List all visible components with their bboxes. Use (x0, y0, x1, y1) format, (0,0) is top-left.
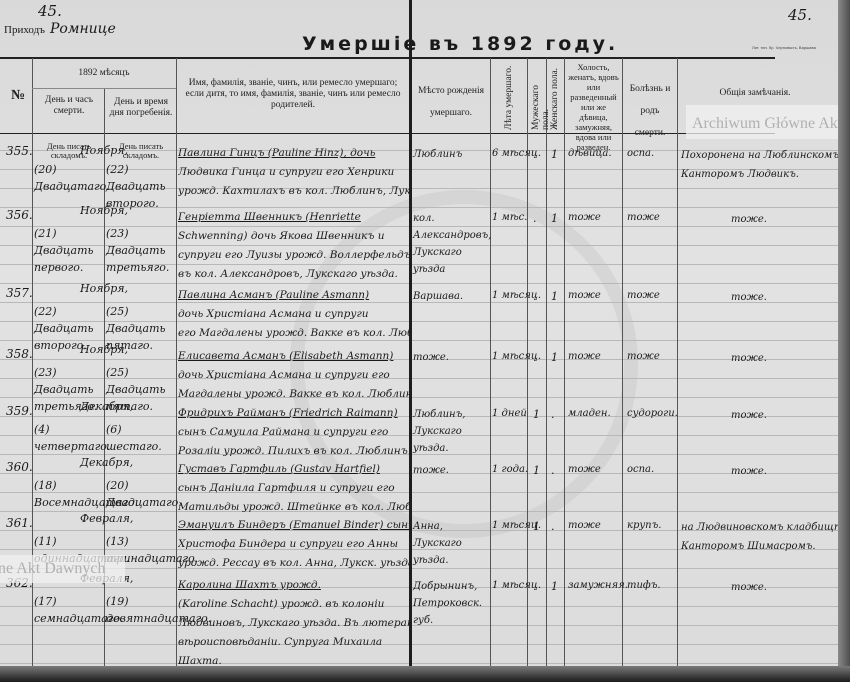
record-birthplace: тоже. (413, 349, 491, 366)
record-month: Ноября, (80, 343, 128, 356)
record-death-day: (17) семнадцатаго. (34, 593, 104, 627)
record-name: Густавъ Гартфиль (Gustav Hartfiel)сынъ Д… (178, 460, 410, 517)
parish-line: Приходъ Ромнице (4, 18, 116, 37)
record-burial-day: (6) шестаго. (106, 421, 176, 455)
record-remarks: тоже. (681, 288, 836, 307)
record-birthplace: тоже. (413, 462, 491, 479)
name-detail-line: Schwenning) дочь Якова Швенникъ и (178, 227, 410, 246)
record-marital-status: младен. (568, 408, 611, 419)
watermark-top-right: Archiwum Główne Ak (692, 115, 838, 133)
record-birthplace: Анна, Лукскаго уѣзда. (413, 518, 491, 569)
record-marital-status: замужняя. (568, 580, 628, 591)
record-female: 1 (551, 290, 558, 303)
name-detail-line: Христофа Биндера и супруги его Анны (178, 535, 410, 554)
record-burial-day: (20) Двадцатаго. (106, 477, 176, 511)
name-detail-line: дочь Христіана Асмана и супруги (178, 305, 410, 324)
record-month: Ноября, (80, 144, 128, 157)
record-male: 1 (533, 520, 540, 533)
name-detail-line: его Магдалены урожд. Вакке въ кол. Любли… (178, 324, 410, 343)
record-number: 355. (6, 144, 33, 158)
name-detail-line: сынъ Самуила Раймана и супруги его (178, 423, 410, 442)
record-number: 360. (6, 460, 33, 474)
record-cause-of-death: судороги. (627, 408, 678, 419)
record-male: . (533, 148, 537, 161)
name-detail-line: Матильды урожд. Штейнке въ кол. Люблинъ. (178, 498, 410, 517)
watermark-bottom-left: ne Akt Dawnych (0, 560, 106, 578)
remarks-line: тоже. (681, 288, 836, 307)
record-remarks: тоже. (681, 462, 836, 481)
record-remarks: Похоронена на Люблинскомъ кладбищѣКантор… (681, 146, 836, 184)
col-header-name: Имя, фамилія, званіе, чинъ, или ремесло … (180, 78, 406, 111)
col-header-number: № (4, 90, 32, 101)
page-title: Умершіе въ 1892 году. (302, 33, 618, 55)
record-birthplace: Варшава. (413, 288, 491, 305)
name-detail-line: (Karoline Schacht) урожд. въ колоніи (178, 595, 410, 614)
remarks-line: Канторомъ Людвикъ. (681, 165, 836, 184)
col-header-marital: Холость, женатъ, вдовъ или разведенный и… (566, 62, 621, 152)
name-detail-line: Шахта. (178, 652, 410, 666)
page-number-right: 45. (788, 6, 812, 24)
record-cause-of-death: крупъ. (627, 520, 661, 531)
remarks-line: тоже. (681, 210, 836, 229)
record-number: 356. (6, 208, 33, 222)
record-month: Ноября, (80, 282, 128, 295)
remarks-line: тоже. (681, 462, 836, 481)
deceased-name: Каролина Шахтъ урожд. (178, 576, 410, 595)
deceased-name: Эмануилъ Биндеръ (Emanuel Binder) сынъ (178, 516, 410, 535)
register-page: 45. Приходъ Ромнице Умершіе въ 1892 году… (0, 0, 840, 666)
remarks-line: тоже. (681, 406, 836, 425)
deceased-name: Генріетта Швенникъ (Henriette (178, 208, 410, 227)
record-birthplace: Люблинъ (413, 146, 491, 163)
record-name: Елисавета Асманъ (Elisabeth Asmann)дочь … (178, 347, 410, 404)
col-header-cause: Болѣзнь и родъ смерти. (624, 78, 676, 144)
record-marital-status: тоже (568, 212, 601, 223)
record-remarks: тоже. (681, 406, 836, 425)
record-birthplace: Люблинъ, Лукскаго уѣзда. (413, 406, 491, 457)
name-detail-line: въ кол. Александровъ, Лукскаго уѣзда. (178, 265, 410, 284)
record-name: Эмануилъ Биндеръ (Emanuel Binder) сынъХр… (178, 516, 410, 573)
record-name: Генріетта Швенникъ (HenrietteSchwenning)… (178, 208, 410, 284)
record-name: Каролина Шахтъ урожд.(Karoline Schacht) … (178, 576, 410, 666)
record-marital-status: тоже (568, 520, 601, 531)
record-female: 1 (551, 148, 558, 161)
record-male: . (533, 290, 537, 303)
title-year: 1892 (471, 33, 536, 55)
record-age: 1 мѣс. (492, 212, 527, 223)
record-name: Павлина Асманъ (Pauline Asmann)дочь Хрис… (178, 286, 410, 343)
record-marital-status: тоже (568, 290, 601, 301)
col-divider (546, 58, 547, 666)
col-header-age: Лѣта умершаго. (504, 64, 514, 130)
frame-shadow-bottom (0, 666, 850, 674)
record-burial-day: (19) девятнадцатаго. (106, 593, 176, 627)
parish-name: Ромнице (50, 21, 116, 37)
record-name: Павлина Гинцъ (Pauline Hinz), дочьЛюдвик… (178, 144, 410, 201)
deceased-name: Елисавета Асманъ (Elisabeth Asmann) (178, 347, 410, 366)
record-cause-of-death: тоже (627, 351, 660, 362)
col-header-birthplace: Мѣсто рожденія умершаго. (414, 80, 488, 124)
title-prefix: Умершіе въ (302, 33, 461, 55)
record-cause-of-death: оспа. (627, 148, 654, 159)
record-female: 1 (551, 351, 558, 364)
remarks-line: тоже. (681, 349, 836, 368)
col-divider (176, 58, 177, 666)
name-detail-line: дочь Христіана Асмана и супруги его (178, 366, 410, 385)
col-divider (622, 58, 623, 666)
record-death-day: (21) Двадцать первого. (34, 225, 104, 276)
frame-shadow-right (838, 0, 850, 674)
col-header-remarks: Общія замѣчанія. (680, 88, 830, 99)
col-divider (677, 58, 678, 666)
record-female: 1 (551, 212, 558, 225)
print-credit: Лит. тип. бр. Черновыхъ, Варшава (752, 45, 816, 50)
record-month: Февраля, (80, 512, 133, 525)
record-death-day: (20) Двадцатаго. (34, 161, 104, 195)
record-remarks: тоже. (681, 349, 836, 368)
name-detail-line: Магдалены урожд. Вакке въ кол. Люблинъ. (178, 385, 410, 404)
col-header-month: 1892 мѣсяцъ (32, 68, 176, 79)
remarks-line: на Людвиновскомъ кладбищѣ (681, 518, 836, 537)
record-number: 358. (6, 347, 33, 361)
deceased-name: Фридрихъ Райманъ (Friedrich Raimann) (178, 404, 410, 423)
ruling-line (0, 644, 840, 645)
record-month: Декабря, (80, 456, 133, 469)
record-number: 361. (6, 516, 33, 530)
name-detail-line: вѣроисповѣданіи. Супруга Михаила (178, 633, 410, 652)
name-detail-line: Розаліи урожд. Пилихъ въ кол. Люблинъ. (178, 442, 410, 461)
col-header-male: Мужескаго пола. (531, 64, 551, 130)
remarks-line: тоже. (681, 578, 836, 597)
name-detail-line: сынъ Даніила Гартфиля и супруги его (178, 479, 410, 498)
record-remarks: тоже. (681, 578, 836, 597)
record-cause-of-death: тоже (627, 212, 660, 223)
name-detail-line: Людвика Гинца и супруги его Хенрики (178, 163, 410, 182)
record-marital-status: тоже (568, 351, 601, 362)
record-birthplace: кол. Александровъ, Лукскаго уѣзда (413, 210, 491, 278)
name-detail-line: урожд. Кахтилахъ въ кол. Люблинъ, Лукск.… (178, 182, 410, 201)
record-male: . (533, 212, 537, 225)
record-number: 357. (6, 286, 33, 300)
record-cause-of-death: оспа. (627, 464, 654, 475)
name-detail-line: Людвиновъ, Лукскаго уѣзда. Въ лютеранско… (178, 614, 410, 633)
record-male: 1 (533, 464, 540, 477)
deceased-name: Густавъ Гартфиль (Gustav Hartfiel) (178, 460, 410, 479)
record-age: 1 дней (492, 408, 527, 419)
col-header-female: Женскаго пола. (550, 64, 560, 130)
record-male: 1 (533, 408, 540, 421)
record-month: Декабря, (80, 400, 133, 413)
col-divider (564, 58, 565, 666)
title-suffix: году. (545, 33, 618, 55)
record-cause-of-death: тоже (627, 290, 660, 301)
record-male: . (533, 351, 537, 364)
record-death-day: (18) Восемнадцатаго. (34, 477, 104, 511)
remarks-line: Канторомъ Шимасромъ. (681, 537, 836, 556)
record-number: 359. (6, 404, 33, 418)
record-marital-status: дѣвица. (568, 148, 612, 159)
record-female: . (551, 408, 555, 421)
record-burial-day: (23) Двадцать третьяго. (106, 225, 176, 276)
record-female: . (551, 520, 555, 533)
record-month: Ноября, (80, 204, 128, 217)
name-detail-line: урожд. Рессау въ кол. Анна, Лукск. уѣзда… (178, 554, 410, 573)
record-age: 1 года. (492, 464, 528, 475)
record-female: . (551, 464, 555, 477)
deceased-name: Павлина Асманъ (Pauline Asmann) (178, 286, 410, 305)
name-detail-line: супруги его Луизы урожд. Воллерфельдъ (178, 246, 410, 265)
deceased-name: Павлина Гинцъ (Pauline Hinz), дочь (178, 144, 410, 163)
record-cause-of-death: тифъ. (627, 580, 661, 591)
record-remarks: тоже. (681, 210, 836, 229)
header-top-rule (0, 57, 775, 59)
remarks-line: Похоронена на Люблинскомъ кладбищѣ (681, 146, 836, 165)
record-name: Фридрихъ Райманъ (Friedrich Raimann)сынъ… (178, 404, 410, 461)
month-subdivider (32, 88, 176, 89)
col-header-burial-day: День и время дня погребенія. (108, 97, 174, 119)
parish-label: Приходъ (4, 24, 45, 36)
record-female: 1 (551, 580, 558, 593)
record-marital-status: тоже (568, 464, 601, 475)
record-birthplace: Добрынинъ, Петроковск. губ. (413, 578, 491, 629)
record-death-day: (4) четвертаго. (34, 421, 104, 455)
ruling-line (0, 663, 840, 664)
col-header-death-day: День и часъ смерти. (36, 95, 102, 117)
record-remarks: на Людвиновскомъ кладбищѣКанторомъ Шимас… (681, 518, 836, 556)
record-male: . (533, 580, 537, 593)
